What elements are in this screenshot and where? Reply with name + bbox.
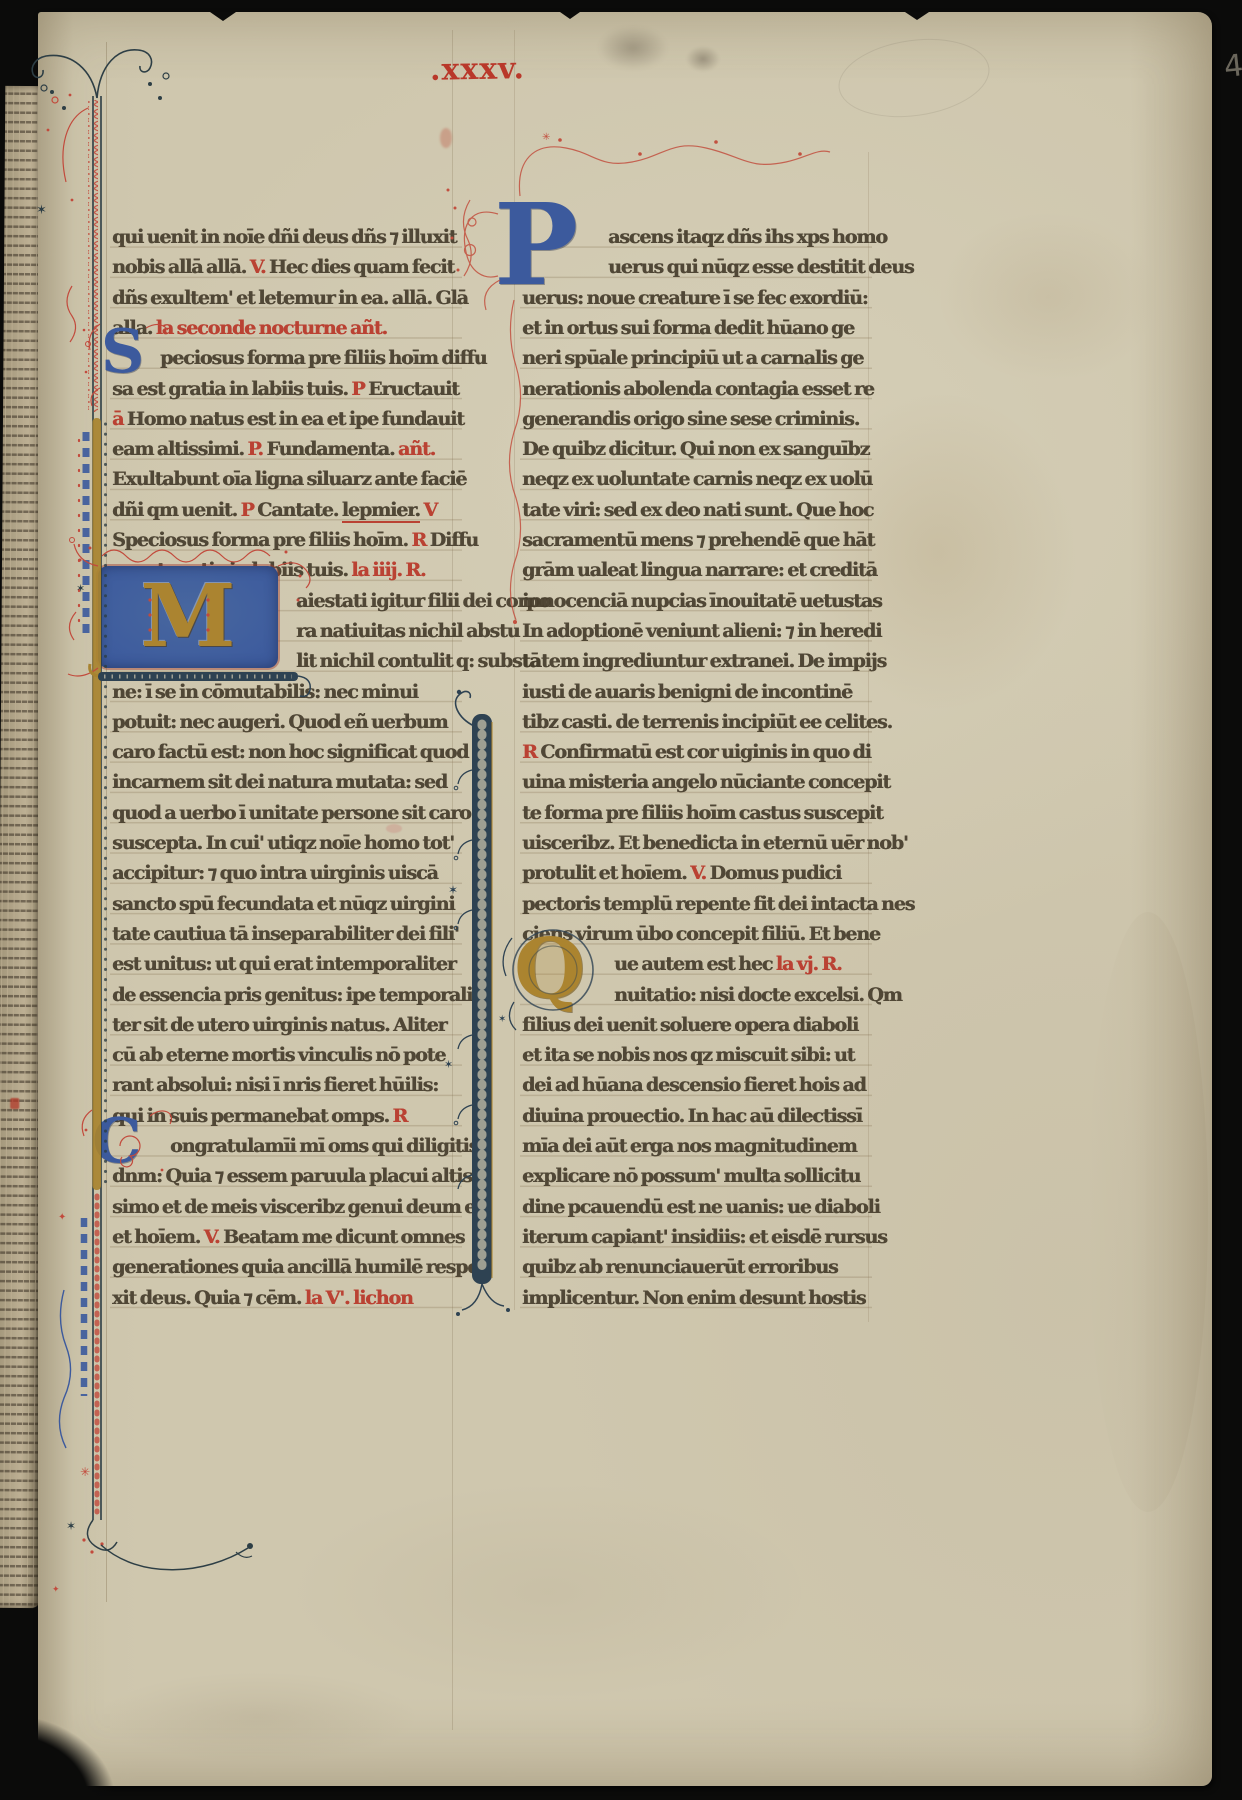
manuscript-text-line: quod a uerbo ī unitate persone sit caro bbox=[112, 798, 471, 828]
body-text: pectoris templū repente fit dei intacta … bbox=[522, 893, 914, 915]
rubric-text: R bbox=[411, 529, 426, 551]
manuscript-text-line: sa est gratia in labiis tuis. P Eructaui… bbox=[112, 374, 459, 404]
rubric-text: añt. bbox=[398, 438, 435, 460]
body-text: qui uenit in noīe dñi deus dñs ⁊ illuxit bbox=[112, 226, 456, 248]
illuminated-initial-C: C bbox=[92, 1110, 141, 1172]
manuscript-text-line: R Confirmatū est cor uiginis in quo di bbox=[522, 737, 871, 767]
manuscript-text-line: De quibz dicitur. Qui non ex sanguībz bbox=[522, 434, 869, 464]
body-text: grām ualeat lingua narrare: et creditā bbox=[522, 559, 877, 581]
body-text: Cantate. bbox=[254, 499, 342, 521]
manuscript-text-line: eam altissimi. P. Fundamenta. añt. bbox=[112, 434, 435, 464]
facing-page-rubric-mark bbox=[10, 1098, 19, 1109]
body-text: explicare nō possum' multa sollicitu bbox=[522, 1165, 860, 1187]
text-column-left: qui uenit in noīe dñi deus dñs ⁊ illuxit… bbox=[110, 222, 462, 1322]
manuscript-text-line: ā Homo natus est in ea et ipe fundauit bbox=[112, 404, 464, 434]
manuscript-text-line: iusti de auaris benigni de incontinē bbox=[522, 677, 852, 707]
body-text: De quibz dicitur. Qui non ex sanguībz bbox=[522, 438, 869, 460]
body-text: innocenciā nupcias īnouitatē uetustas bbox=[522, 590, 882, 612]
manuscript-text-line: simo et de meis visceribz genui deum et bbox=[112, 1192, 483, 1222]
manuscript-text-line: Speciosus forma pre filiis hoīm. R Diffu bbox=[112, 525, 478, 555]
body-text: In adoptionē veniunt alieni: ⁊ in heredi bbox=[522, 620, 881, 642]
body-text: Homo natus est in ea et ipe fundauit bbox=[123, 408, 464, 430]
body-text: dine pcauendū est ne uanis: ue diaboli bbox=[522, 1196, 880, 1218]
rubric-text: V. bbox=[690, 862, 706, 884]
manuscript-text-line: et in ortus sui forma dedit hūano ge bbox=[522, 313, 854, 343]
manuscript-text-line: tate cautiua tā inseparabiliter dei fili… bbox=[112, 919, 459, 949]
body-text: dñs exultem' et letemur in ea. allā. Glā bbox=[112, 287, 468, 309]
manuscript-text-line: uina misteria angelo nūciante concepit bbox=[522, 767, 890, 797]
body-text: Exultabunt oīa ligna siluarz ante faciē bbox=[112, 468, 466, 490]
body-text: incarnem sit dei natura mutata: sed bbox=[112, 771, 447, 793]
manuscript-text-line: et ita se nobis nos qz miscuit sibi: ut bbox=[522, 1040, 854, 1070]
body-text: uina misteria angelo nūciante concepit bbox=[522, 771, 890, 793]
illuminated-initial-P: P bbox=[494, 190, 578, 302]
body-text: diuina prouectio. In hac aū dilectissī bbox=[522, 1105, 862, 1127]
manuscript-text-line: tate viri: sed ex deo nati sunt. Que hoc bbox=[522, 495, 873, 525]
body-text: accipitur: ⁊ quo intra uirginis uiscā bbox=[112, 862, 438, 884]
body-text: eam altissimi. bbox=[112, 438, 247, 460]
manuscript-text-line: ue autem est hec la vj. R. bbox=[614, 949, 842, 979]
ruling-vertical-left bbox=[106, 42, 107, 1602]
manuscript-text-line: ne: ī se in cōmutabilis: nec minui bbox=[112, 677, 418, 707]
manuscript-text-line: te forma pre filiis hoīm castus suscepit bbox=[522, 798, 883, 828]
manuscript-text-line: dnm: Quia ⁊ essem paruula placui altis bbox=[112, 1161, 472, 1191]
manuscript-text-line: nuitatio: nisi docte excelsi. Qm bbox=[614, 980, 902, 1010]
body-text: ongratulamīi mī oms qui diligitis bbox=[170, 1135, 478, 1157]
body-text: iusti de auaris benigni de incontinē bbox=[522, 681, 852, 703]
body-text: Diffu bbox=[426, 529, 478, 551]
body-text: Beatam me dicunt omnes bbox=[219, 1226, 464, 1248]
body-text: quibz ab renunciauerūt erroribus bbox=[522, 1256, 838, 1278]
body-text: de essencia pris genitus: ipe temporali bbox=[112, 984, 472, 1006]
illuminated-initial-Q: Q bbox=[514, 928, 585, 1010]
rubric-text: la vj. R. bbox=[776, 953, 842, 975]
body-text: mīa dei aūt erga nos magnitudinem bbox=[522, 1135, 857, 1157]
body-text: Speciosus forma pre filiis hoīm. bbox=[112, 529, 411, 551]
manuscript-text-line: neqz ex uoluntate carnis neqz ex uolū bbox=[522, 464, 872, 494]
manuscript-text-line: potuit: nec augeri. Quod eñ uerbum bbox=[112, 707, 447, 737]
manuscript-text-line: ter sit de utero uirginis natus. Aliter bbox=[112, 1010, 446, 1040]
manuscript-text-line: quibz ab renunciauerūt erroribus bbox=[522, 1252, 838, 1282]
manuscript-text-line: Exultabunt oīa ligna siluarz ante faciē bbox=[112, 464, 466, 494]
manuscript-text-line: qui uenit in noīe dñi deus dñs ⁊ illuxit bbox=[112, 222, 456, 252]
manuscript-text-line: In adoptionē veniunt alieni: ⁊ in heredi bbox=[522, 616, 881, 646]
body-text: generandis origo sine sese criminis. bbox=[522, 408, 859, 430]
manuscript-text-line: ongratulamīi mī oms qui diligitis bbox=[170, 1131, 478, 1161]
body-text: dnm: Quia ⁊ essem paruula placui altis bbox=[112, 1165, 472, 1187]
manuscript-text-line: iterum capiant' insidiis: et eisdē rursu… bbox=[522, 1222, 887, 1252]
body-text: nerationis abolenda contagia esset re bbox=[522, 378, 874, 400]
body-text: sa est gratia in labiis tuis. bbox=[112, 378, 351, 400]
rubric-text: V. bbox=[250, 256, 266, 278]
manuscript-text-line: rant absolui: nisi ī nris fieret hūilis: bbox=[112, 1070, 438, 1100]
manuscript-text-line: tibz casti. de terrenis incipiūt ee celi… bbox=[522, 707, 892, 737]
manuscript-text-line: suscepta. In cui' utiqz noīe homo tot' bbox=[112, 828, 454, 858]
rubric-text: la V'. lichon bbox=[305, 1287, 413, 1309]
body-text: et ita se nobis nos qz miscuit sibi: ut bbox=[522, 1044, 854, 1066]
body-text: aiestati igitur filii dei corpo bbox=[296, 590, 550, 612]
rubric-text: ā bbox=[112, 408, 123, 430]
body-text: Fundamenta. bbox=[263, 438, 398, 460]
body-text: Confirmatū est cor uiginis in quo di bbox=[537, 741, 871, 763]
body-text: tate cautiua tā inseparabiliter dei fili… bbox=[112, 923, 459, 945]
manuscript-text-line: lit nichil contulit q: substā bbox=[296, 646, 540, 676]
body-text: suscepta. In cui' utiqz noīe homo tot' bbox=[112, 832, 454, 854]
manuscript-text-line: explicare nō possum' multa sollicitu bbox=[522, 1161, 860, 1191]
manuscript-text-line: est unitus: ut qui erat intemporaliter bbox=[112, 949, 456, 979]
folio-number-pencil: 43 bbox=[1222, 46, 1242, 85]
manuscript-text-line: innocenciā nupcias īnouitatē uetustas bbox=[522, 586, 882, 616]
body-text: peciosus forma pre filiis hoīm diffu bbox=[160, 347, 486, 369]
body-text: te forma pre filiis hoīm castus suscepit bbox=[522, 802, 883, 824]
body-text: uerus qui nūqz esse destitit deus bbox=[608, 256, 914, 278]
body-text: ra natiuitas nichil abstu bbox=[296, 620, 519, 642]
manuscript-text-line: sacramentū mens ⁊ prehendē que hāt bbox=[522, 525, 874, 555]
body-text: neqz ex uoluntate carnis neqz ex uolū bbox=[522, 468, 872, 490]
manuscript-text-line: ra natiuitas nichil abstu bbox=[296, 616, 519, 646]
manuscript-text-line: dine pcauendū est ne uanis: ue diaboli bbox=[522, 1192, 880, 1222]
body-text: cū ab eterne mortis vinculis nō pote bbox=[112, 1044, 445, 1066]
manuscript-text-line: protulit et hoīem. V. Domus pudici bbox=[522, 858, 841, 888]
body-text: simo et de meis visceribz genui deum et bbox=[112, 1196, 483, 1218]
manuscript-text-line: sancto spū fecundata et nūqz uirgini bbox=[112, 889, 454, 919]
manuscript-text-line: xit deus. Quia ⁊ cēm. la V'. lichon bbox=[112, 1283, 413, 1313]
manuscript-text-line: generationes quia ancillā humilē respe bbox=[112, 1252, 478, 1282]
illuminated-initial-S: S bbox=[101, 322, 144, 382]
body-text: protulit et hoīem. bbox=[522, 862, 690, 884]
body-text: sancto spū fecundata et nūqz uirgini bbox=[112, 893, 454, 915]
rubric-text: lepmier. bbox=[342, 499, 420, 523]
body-text: ascens itaqz dñs ihs xps homo bbox=[608, 226, 887, 248]
body-text: implicentur. Non enim desunt hostis bbox=[522, 1287, 865, 1309]
body-text: dñi qm uenit. bbox=[112, 499, 240, 521]
body-text: et hoīem. bbox=[112, 1226, 204, 1248]
manuscript-text-line: tatem ingrediuntur extranei. De impijs bbox=[522, 646, 886, 676]
body-text: Eructauit bbox=[364, 378, 458, 400]
body-text: sacramentū mens ⁊ prehendē que hāt bbox=[522, 529, 874, 551]
manuscript-text-line: peciosus forma pre filiis hoīm diffu bbox=[160, 343, 486, 373]
rubric-text: P bbox=[351, 378, 364, 400]
manuscript-text-line: de essencia pris genitus: ipe temporali bbox=[112, 980, 472, 1010]
body-text: nobis allā allā. bbox=[112, 256, 250, 278]
manuscript-text-line: nobis allā allā. V. Hec dies quam fecit bbox=[112, 252, 454, 282]
manuscript-text-line: neri spūale principiū ut a carnalis ge bbox=[522, 343, 863, 373]
manuscript-text-line: nerationis abolenda contagia esset re bbox=[522, 374, 874, 404]
body-text: nuitatio: nisi docte excelsi. Qm bbox=[614, 984, 902, 1006]
manuscript-text-line: alla. la seconde nocturne añt. bbox=[112, 313, 387, 343]
manuscript-text-line: implicentur. Non enim desunt hostis bbox=[522, 1283, 865, 1313]
text-column-right: ascens itaqz dñs ihs xps homouerus qui n… bbox=[520, 222, 872, 1322]
photo-corner-shadow bbox=[0, 1660, 180, 1800]
manuscript-text-line: diuina prouectio. In hac aū dilectissī bbox=[522, 1101, 862, 1131]
manuscript-text-line: uisceribz. Et benedicta in eternū uēr no… bbox=[522, 828, 908, 858]
rubric-text: la seconde nocturne añt. bbox=[156, 317, 387, 339]
manuscript-text-line: qui in suis permanebat omps. R bbox=[112, 1101, 407, 1131]
body-text: rant absolui: nisi ī nris fieret hūilis: bbox=[112, 1074, 438, 1096]
manuscript-text-line: incarnem sit dei natura mutata: sed bbox=[112, 767, 447, 797]
body-text: tibz casti. de terrenis incipiūt ee celi… bbox=[522, 711, 892, 733]
body-text: caro factū est: non hoc significat quod bbox=[112, 741, 468, 763]
manuscript-text-line: cū ab eterne mortis vinculis nō pote bbox=[112, 1040, 445, 1070]
body-text: ue autem est hec bbox=[614, 953, 776, 975]
body-text: dei ad hūana descensio fieret hois ad bbox=[522, 1074, 866, 1096]
quire-mark-rubric: .xxxv. bbox=[430, 51, 526, 88]
body-text: filius dei uenit soluere opera diaboli bbox=[522, 1014, 858, 1036]
illuminated-initial-M: M bbox=[98, 566, 278, 668]
manuscript-text-line: dñs exultem' et letemur in ea. allā. Glā bbox=[112, 283, 468, 313]
body-text: lit nichil contulit q: substā bbox=[296, 650, 540, 672]
manuscript-text-line: dñi qm uenit. P Cantate. lepmier. V bbox=[112, 495, 437, 525]
body-text: uisceribz. Et benedicta in eternū uēr no… bbox=[522, 832, 908, 854]
rubric-text: V. bbox=[204, 1226, 220, 1248]
rubric-text: P. bbox=[247, 438, 263, 460]
body-text: Domus pudici bbox=[706, 862, 841, 884]
body-text: ter sit de utero uirginis natus. Aliter bbox=[112, 1014, 446, 1036]
manuscript-text-line: generandis origo sine sese criminis. bbox=[522, 404, 859, 434]
manuscript-text-line: accipitur: ⁊ quo intra uirginis uiscā bbox=[112, 858, 438, 888]
body-text: generationes quia ancillā humilē respe bbox=[112, 1256, 478, 1278]
body-text: tatem ingrediuntur extranei. De impijs bbox=[522, 650, 886, 672]
manuscript-text-line: dei ad hūana descensio fieret hois ad bbox=[522, 1070, 866, 1100]
body-text: est unitus: ut qui erat intemporaliter bbox=[112, 953, 456, 975]
body-text: quod a uerbo ī unitate persone sit caro bbox=[112, 802, 471, 824]
manuscript-text-line: et hoīem. V. Beatam me dicunt omnes bbox=[112, 1222, 464, 1252]
body-text: ne: ī se in cōmutabilis: nec minui bbox=[112, 681, 418, 703]
manuscript-text-line: mīa dei aūt erga nos magnitudinem bbox=[522, 1131, 857, 1161]
manuscript-photo: .xxxv. 43 qui uenit in noīe dñi deus dñs… bbox=[0, 0, 1242, 1800]
body-text: qui in suis permanebat omps. bbox=[112, 1105, 392, 1127]
manuscript-text-line: aiestati igitur filii dei corpo bbox=[296, 586, 550, 616]
body-text: et in ortus sui forma dedit hūano ge bbox=[522, 317, 854, 339]
rubric-text: P bbox=[240, 499, 253, 521]
body-text: potuit: nec augeri. Quod eñ uerbum bbox=[112, 711, 447, 733]
body-text: xit deus. Quia ⁊ cēm. bbox=[112, 1287, 305, 1309]
initial-M-letter: M bbox=[140, 574, 235, 660]
body-text: neri spūale principiū ut a carnalis ge bbox=[522, 347, 863, 369]
body-text: tate viri: sed ex deo nati sunt. Que hoc bbox=[522, 499, 873, 521]
manuscript-text-line: caro factū est: non hoc significat quod bbox=[112, 737, 468, 767]
rubric-text: la iiij. R. bbox=[351, 559, 425, 581]
rubric-text: R bbox=[392, 1105, 407, 1127]
rubric-text: V bbox=[423, 499, 437, 521]
manuscript-text-line: pectoris templū repente fit dei intacta … bbox=[522, 889, 914, 919]
manuscript-text-line: ascens itaqz dñs ihs xps homo bbox=[608, 222, 887, 252]
body-text: Hec dies quam fecit bbox=[265, 256, 454, 278]
manuscript-text-line: uerus qui nūqz esse destitit deus bbox=[608, 252, 914, 282]
manuscript-page: .xxxv. 43 qui uenit in noīe dñi deus dñs… bbox=[38, 12, 1212, 1786]
manuscript-text-line: grām ualeat lingua narrare: et creditā bbox=[522, 555, 877, 585]
rubric-text: R bbox=[522, 741, 537, 763]
body-text: iterum capiant' insidiis: et eisdē rursu… bbox=[522, 1226, 887, 1248]
